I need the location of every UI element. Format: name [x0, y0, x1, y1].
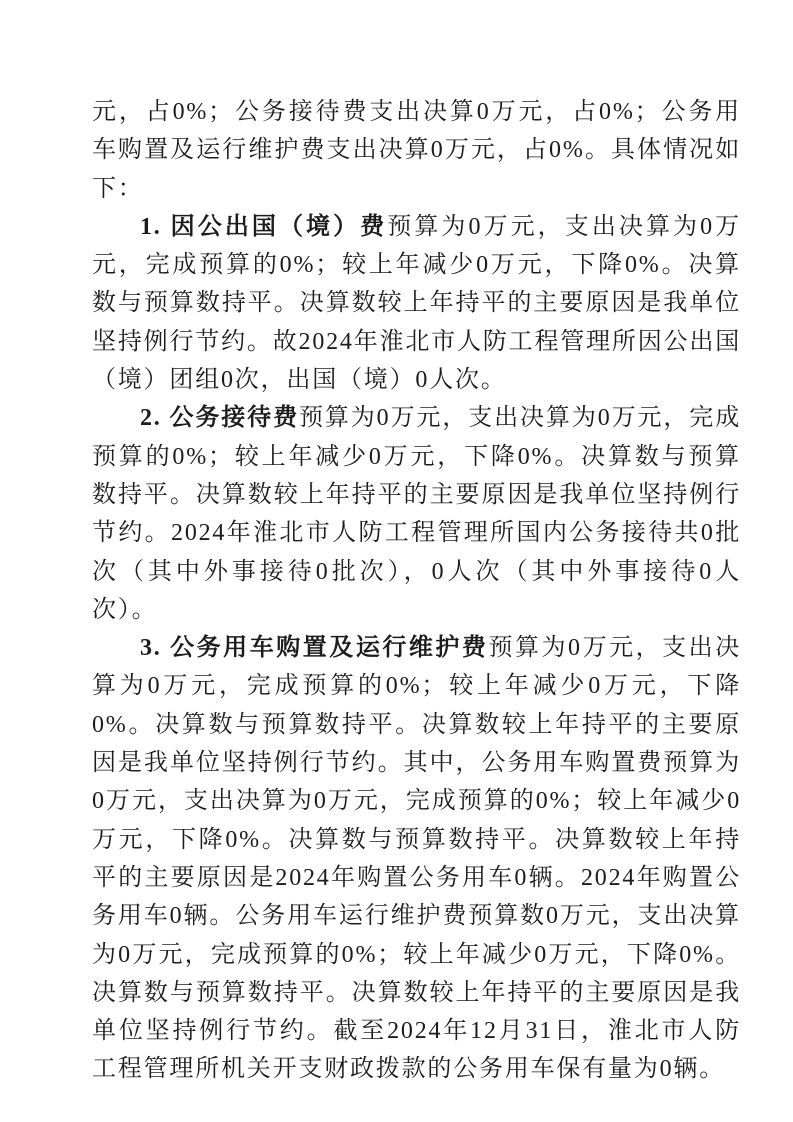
paragraph-continuation-text: 元，占0%；公务接待费支出决算0万元，占0%；公务用车购置及运行维护费支出决算0… — [92, 99, 741, 202]
item-2-heading: 2. 公务接待费 — [140, 405, 299, 431]
paragraph-item-1: 1. 因公出国（境）费预算为0万元，支出决算为0万元，完成预算的0%；较上年减少… — [92, 208, 741, 399]
item-3-heading: 3. 公务用车购置及运行维护费 — [140, 635, 488, 661]
paragraph-item-3: 3. 公务用车购置及运行维护费预算为0万元，支出决算为0万元，完成预算的0%；较… — [92, 629, 741, 1089]
item-2-text: 预算为0万元，支出决算为0万元，完成预算的0%；较上年减少0万元，下降0%。决算… — [92, 405, 741, 622]
document-page: 元，占0%；公务接待费支出决算0万元，占0%；公务用车购置及运行维护费支出决算0… — [0, 0, 793, 1122]
document-body: 元，占0%；公务接待费支出决算0万元，占0%；公务用车购置及运行维护费支出决算0… — [92, 93, 741, 1089]
paragraph-continuation: 元，占0%；公务接待费支出决算0万元，占0%；公务用车购置及运行维护费支出决算0… — [92, 93, 741, 208]
item-1-text: 预算为0万元，支出决算为0万元，完成预算的0%；较上年减少0万元，下降0%。决算… — [92, 214, 741, 393]
paragraph-item-2: 2. 公务接待费预算为0万元，支出决算为0万元，完成预算的0%；较上年减少0万元… — [92, 399, 741, 629]
item-3-text: 预算为0万元，支出决算为0万元，完成预算的0%；较上年减少0万元，下降0%。决算… — [92, 635, 741, 1082]
item-1-heading: 1. 因公出国（境）费 — [140, 214, 387, 240]
